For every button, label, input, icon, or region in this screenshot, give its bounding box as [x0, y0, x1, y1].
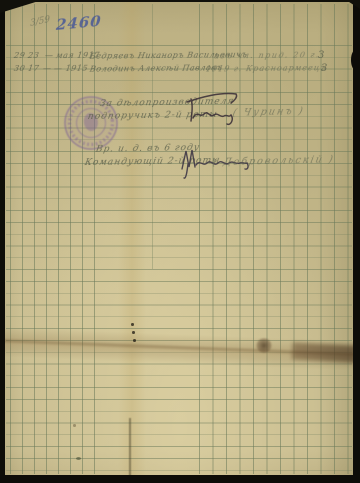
row2-col1: 30 — [13, 64, 26, 73]
row2-col3: — — [42, 64, 52, 73]
scan-edge-top — [0, 0, 360, 2]
row2-name: Володинъ Алексѣй Павловъ — [89, 63, 223, 73]
row2-note: 1919 г. Красноармеецъ — [205, 63, 327, 73]
scan-edge-bottom — [0, 475, 360, 483]
row2-col2: 17 — [27, 64, 40, 73]
ruled-lines-left-columns — [10, 4, 96, 474]
paper-speck — [73, 424, 76, 427]
paper-speck — [76, 457, 81, 460]
ruled-line-middle — [152, 4, 153, 269]
row2-date: — 1915 — [53, 64, 88, 73]
brown-streak-stain — [292, 342, 357, 362]
row1-col3: — — [44, 51, 54, 60]
scanned-document: 3/59 2460 29 23 — мая 1917 Бедряевъ Ника… — [0, 0, 360, 483]
scan-edge-right — [353, 0, 360, 483]
row2-value: 3 — [321, 63, 327, 74]
cert-name1: ( Чуринъ ) — [232, 106, 306, 119]
row1-col1: 29 — [13, 51, 26, 60]
scan-edge-left — [0, 0, 5, 483]
scan-edge-notch — [351, 50, 360, 70]
paper-speck — [133, 339, 136, 342]
row1-note: изъ чл. прид. 20 г. — [213, 50, 321, 60]
row1-col2: 23 — [27, 51, 40, 60]
ink-blot-stain — [256, 338, 272, 353]
paper-speck — [131, 323, 134, 326]
ruled-lines-right-columns — [199, 4, 349, 474]
paper-speck — [132, 331, 135, 334]
vertical-fold-line — [129, 418, 131, 476]
row1-value: 3 — [318, 50, 324, 61]
